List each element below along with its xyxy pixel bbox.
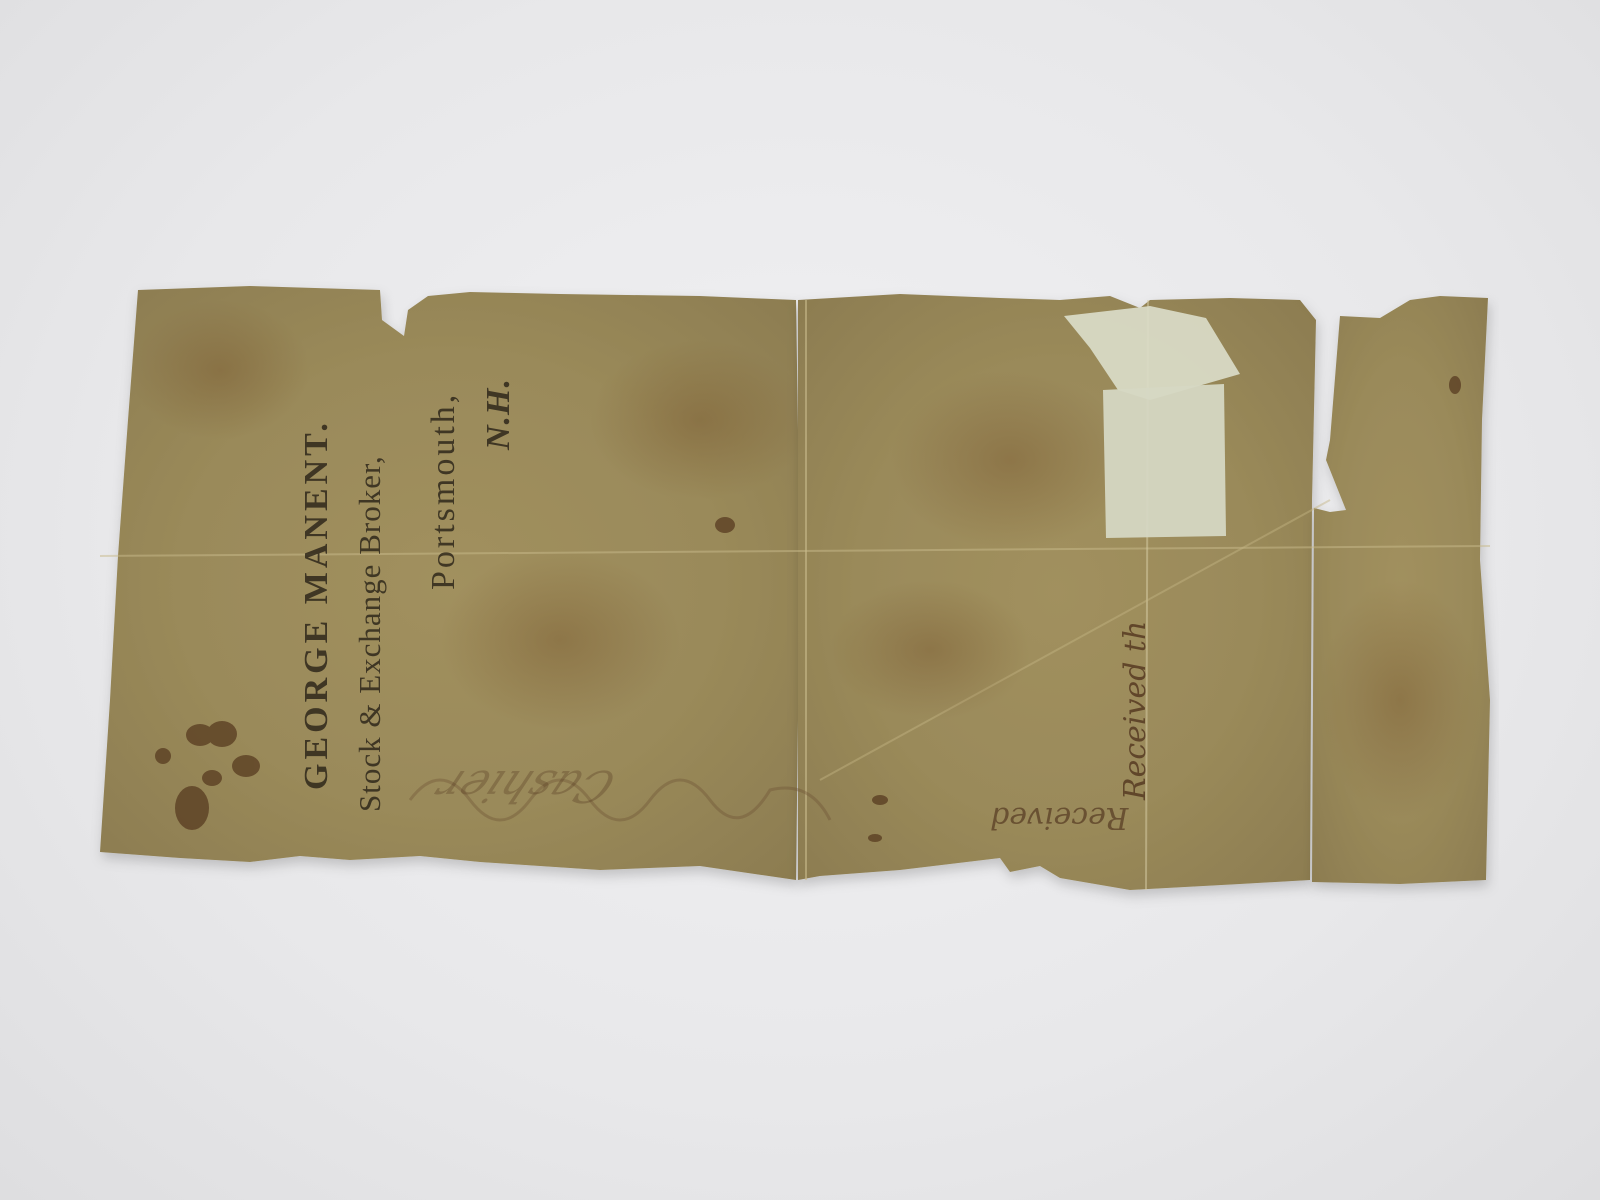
handwritten-bottom-note: Received	[990, 800, 1128, 835]
stamp-broker-name: GEORGE MANENT.	[298, 419, 336, 790]
handwritten-vertical-note: Received th	[1118, 621, 1153, 800]
stamp-occupation: Stock & Exchange Broker,	[352, 455, 388, 812]
stain	[590, 340, 810, 500]
banknote	[0, 0, 1600, 1200]
stamp-state: N.H.	[480, 378, 518, 450]
tape-patch	[1103, 384, 1226, 538]
photograph: GEORGE MANENT. Stock & Exchange Broker, …	[0, 0, 1600, 1200]
stain	[890, 370, 1130, 550]
stamp-city: Portsmouth,	[425, 392, 463, 590]
faint-signature: Cashier	[428, 760, 624, 811]
stain	[440, 550, 680, 730]
stain	[1320, 580, 1480, 820]
stain	[130, 300, 310, 440]
stain	[830, 580, 1030, 720]
